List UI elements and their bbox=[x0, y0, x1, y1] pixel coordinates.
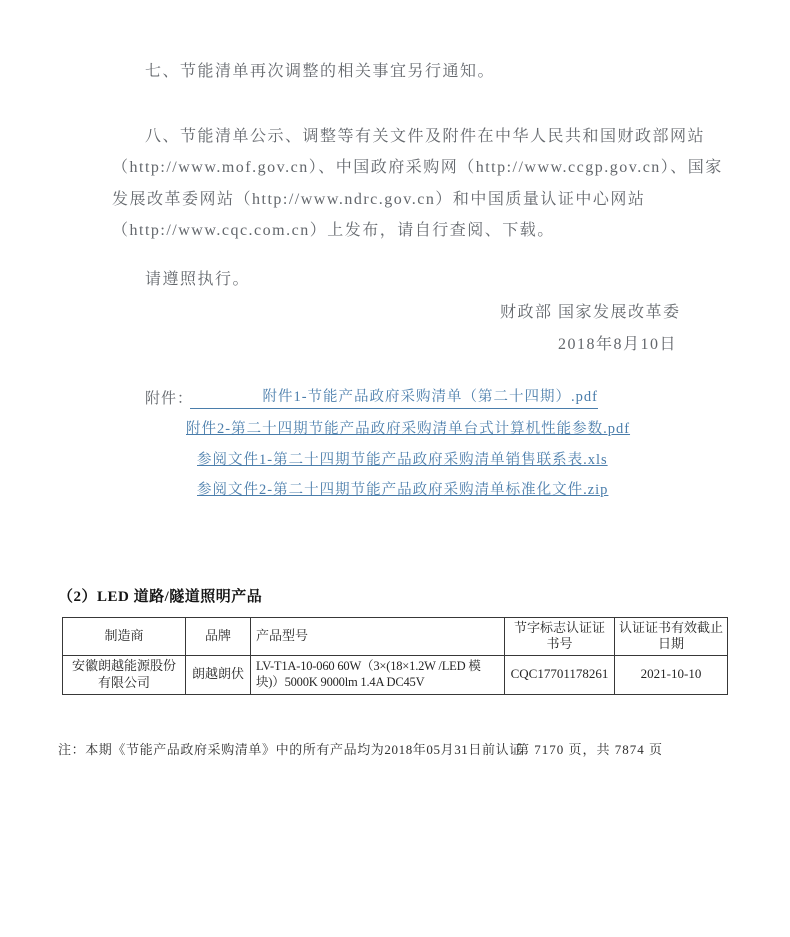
cell-cert-no: CQC17701178261 bbox=[505, 655, 615, 694]
paragraph-seven: 七、节能清单再次调整的相关事宜另行通知。 bbox=[145, 58, 495, 81]
page-number-info: 第 7170 页，共 7874 页 bbox=[516, 739, 663, 758]
attachment-link-2[interactable]: 附件2-第二十四期节能产品政府采购清单台式计算机性能参数.pdf bbox=[186, 417, 630, 438]
attachments-label: 附件： bbox=[145, 387, 193, 408]
issue-date: 2018年8月10日 bbox=[558, 331, 677, 354]
footnote: 注：本期《节能产品政府采购清单》中的所有产品均为2018年05月31日前认证 bbox=[58, 739, 523, 758]
product-table: 制造商 品牌 产品型号 节字标志认证证书号 认证证书有效截止日期 安徽朗越能源股… bbox=[62, 617, 728, 695]
header-manufacturer: 制造商 bbox=[63, 618, 186, 656]
paragraph-eight-line1: 八、节能清单公示、调整等有关文件及附件在中华人民共和国财政部网站 bbox=[145, 123, 705, 146]
table-header-row: 制造商 品牌 产品型号 节字标志认证证书号 认证证书有效截止日期 bbox=[63, 618, 728, 656]
reference-link-2[interactable]: 参阅文件2-第二十四期节能产品政府采购清单标准化文件.zip bbox=[197, 478, 608, 499]
paragraph-eight-line4: （http://www.cqc.com.cn）上发布，请自行查阅、下载。 bbox=[112, 217, 555, 240]
cell-brand: 朗越朗伏 bbox=[186, 655, 251, 694]
header-brand: 品牌 bbox=[186, 618, 251, 656]
paragraph-eight-line3: 发展改革委网站（http://www.ndrc.gov.cn）和中国质量认证中心… bbox=[112, 186, 645, 209]
header-cert-no: 节字标志认证证书号 bbox=[505, 618, 615, 656]
cell-expiry: 2021-10-10 bbox=[615, 655, 728, 694]
document-page: { "document": { "paragraph1": "七、节能清单再次调… bbox=[0, 0, 790, 937]
attachment-link-1[interactable]: 附件1-节能产品政府采购清单（第二十四期）.pdf bbox=[190, 385, 598, 409]
section-title-led-road-tunnel: （2）LED 道路/隧道照明产品 bbox=[58, 585, 262, 606]
closing-statement: 请遵照执行。 bbox=[145, 266, 250, 289]
cell-manufacturer: 安徽朗越能源股份有限公司 bbox=[63, 655, 186, 694]
header-expiry: 认证证书有效截止日期 bbox=[615, 618, 728, 656]
reference-link-1[interactable]: 参阅文件1-第二十四期节能产品政府采购清单销售联系表.xls bbox=[197, 448, 608, 469]
header-model: 产品型号 bbox=[251, 618, 505, 656]
issuer-signature: 财政部 国家发展改革委 bbox=[500, 299, 681, 322]
cell-model: LV-T1A-10-060 60W（3×(18×1.2W /LED 模块)）50… bbox=[251, 655, 505, 694]
paragraph-eight-line2: （http://www.mof.gov.cn）、中国政府采购网（http://w… bbox=[112, 154, 723, 177]
table-row: 安徽朗越能源股份有限公司 朗越朗伏 LV-T1A-10-060 60W（3×(1… bbox=[63, 655, 728, 694]
